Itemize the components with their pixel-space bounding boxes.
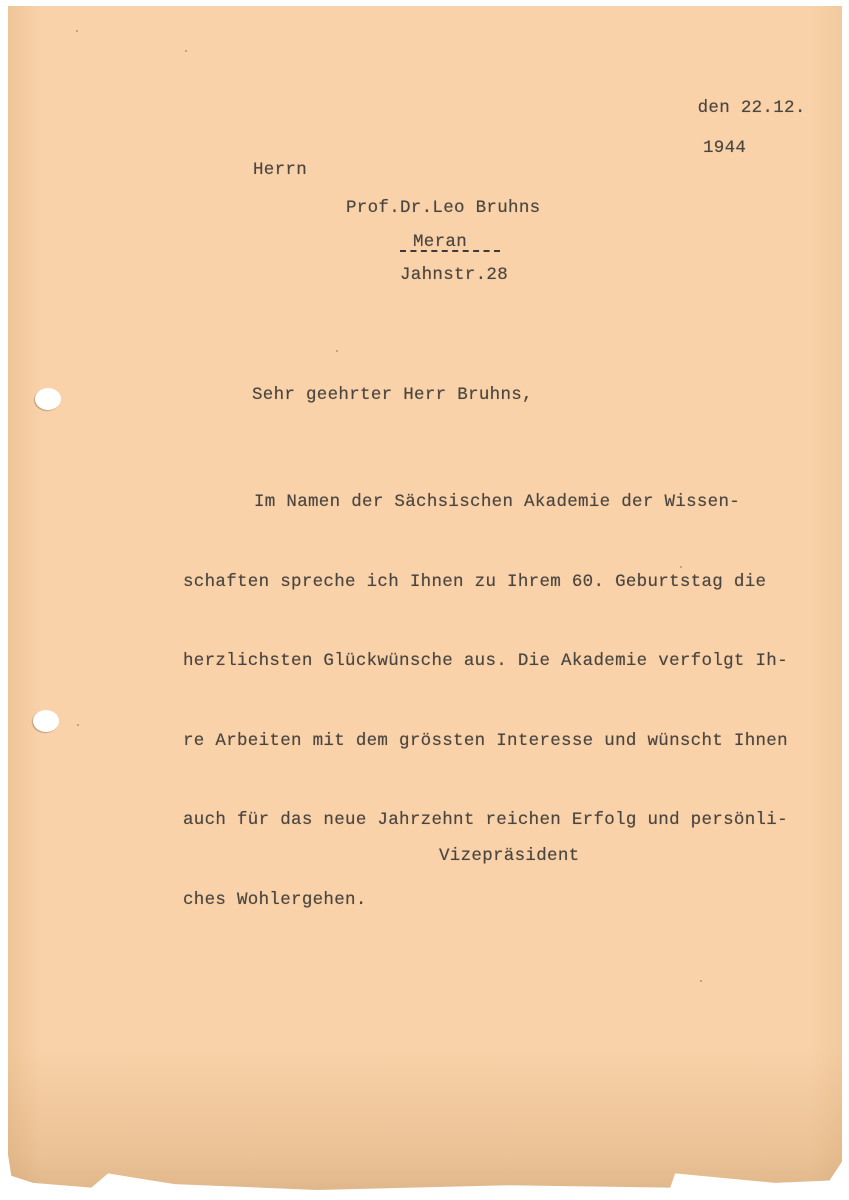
paper-speck (700, 980, 702, 982)
date-line-1: den 22.12. (698, 98, 806, 118)
body-line: schaften spreche ich Ihnen zu Ihrem 60. … (183, 569, 788, 596)
recipient-street: Jahnstr.28 (400, 265, 508, 285)
recipient-name: Prof.Dr.Leo Bruhns (346, 198, 540, 218)
body-line: auch für das neue Jahrzehnt reichen Erfo… (183, 807, 788, 834)
body-line: Im Namen der Sächsischen Akademie der Wi… (183, 489, 788, 516)
letter-date: den 22.12. 1944 (676, 78, 806, 178)
recipient-city: Meran (413, 232, 467, 252)
punch-hole-bottom (33, 710, 59, 732)
recipient-title: Herrn (253, 160, 307, 180)
paper-speck (77, 724, 79, 726)
paper-speck (336, 350, 338, 352)
body-line: re Arbeiten mit dem grössten Interesse u… (183, 728, 788, 755)
date-line-2: 1944 (676, 138, 806, 158)
greeting: Sehr geehrter Herr Bruhns, (252, 385, 533, 405)
body-line: ches Wohlergehen. (183, 887, 788, 914)
address-underline (400, 250, 500, 252)
punch-hole-top (35, 388, 61, 410)
signature-title: Vizepräsident (439, 846, 579, 866)
body-line: herzlichsten Glückwünsche aus. Die Akade… (183, 648, 788, 675)
paper-speck (76, 30, 78, 32)
paper-speck (185, 50, 187, 52)
